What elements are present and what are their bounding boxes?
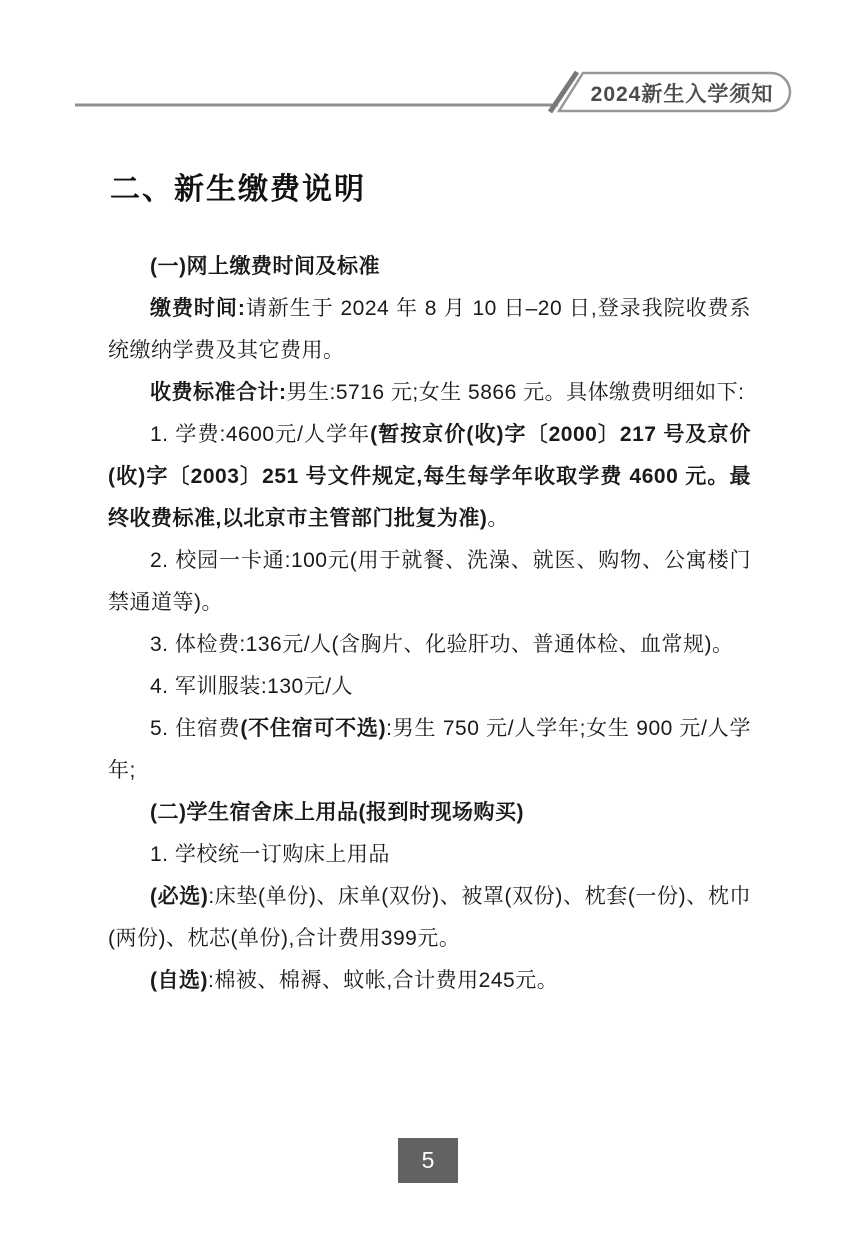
text-run: 1. 学费:4600元/人学年: [150, 423, 370, 446]
paragraph: 缴费时间:请新生于 2024 年 8 月 10 日–20 日,登录我院收费系统缴…: [108, 288, 751, 372]
document-page: 2024新生入学须知 二、新生缴费说明 (一)网上缴费时间及标准缴费时间:请新生…: [0, 0, 857, 1240]
paragraph: (自选):棉被、棉褥、蚊帐,合计费用245元。: [108, 960, 751, 1002]
paragraph: 3. 体检费:136元/人(含胸片、化验肝功、普通体检、血常规)。: [108, 624, 751, 666]
bold-text-run: (不住宿可不选): [240, 717, 386, 740]
bold-text-run: 收费标准合计:: [150, 381, 287, 404]
paragraph: (必选):床垫(单份)、床单(双份)、被罩(双份)、枕套(一份)、枕巾(两份)、…: [108, 876, 751, 960]
text-run: 5. 住宿费: [150, 717, 240, 740]
document-content: 二、新生缴费说明 (一)网上缴费时间及标准缴费时间:请新生于 2024 年 8 …: [108, 164, 751, 1002]
section-heading: (一)网上缴费时间及标准: [108, 246, 751, 288]
header-decoration: [0, 0, 857, 130]
bold-text-run: (一)网上缴费时间及标准: [150, 255, 380, 278]
paragraph: 1. 学费:4600元/人学年(暂按京价(收)字〔2000〕217 号及京价(收…: [108, 414, 751, 540]
section-heading: (二)学生宿舍床上用品(报到时现场购买): [108, 792, 751, 834]
text-run: 4. 军训服装:130元/人: [150, 675, 353, 698]
page-number-box: 5: [398, 1138, 458, 1183]
bold-text-run: (必选): [150, 885, 208, 908]
bold-text-run: 缴费时间:: [150, 297, 245, 320]
bold-text-run: (自选): [150, 969, 208, 992]
text-run: 男生:5716 元;女生 5866 元。具体缴费明细如下:: [287, 381, 745, 404]
paragraph: 4. 军训服装:130元/人: [108, 666, 751, 708]
text-run: :棉被、棉褥、蚊帐,合计费用245元。: [208, 969, 558, 992]
paragraph: 2. 校园一卡通:100元(用于就餐、洗澡、就医、购物、公寓楼门禁通道等)。: [108, 540, 751, 624]
page-number: 5: [422, 1147, 435, 1173]
header-tab-label: 2024新生入学须知: [582, 78, 782, 108]
text-run: 。: [487, 507, 509, 530]
bold-text-run: (二)学生宿舍床上用品(报到时现场购买): [150, 801, 524, 824]
paragraph: 1. 学校统一订购床上用品: [108, 834, 751, 876]
paragraph: 收费标准合计:男生:5716 元;女生 5866 元。具体缴费明细如下:: [108, 372, 751, 414]
text-run: 1. 学校统一订购床上用品: [150, 843, 390, 866]
document-body: (一)网上缴费时间及标准缴费时间:请新生于 2024 年 8 月 10 日–20…: [108, 246, 751, 1002]
page-title: 二、新生缴费说明: [110, 164, 751, 208]
paragraph: 5. 住宿费(不住宿可不选):男生 750 元/人学年;女生 900 元/人学年…: [108, 708, 751, 792]
text-run: 3. 体检费:136元/人(含胸片、化验肝功、普通体检、血常规)。: [150, 633, 734, 656]
text-run: 2. 校园一卡通:100元(用于就餐、洗澡、就医、购物、公寓楼门禁通道等)。: [108, 549, 751, 614]
